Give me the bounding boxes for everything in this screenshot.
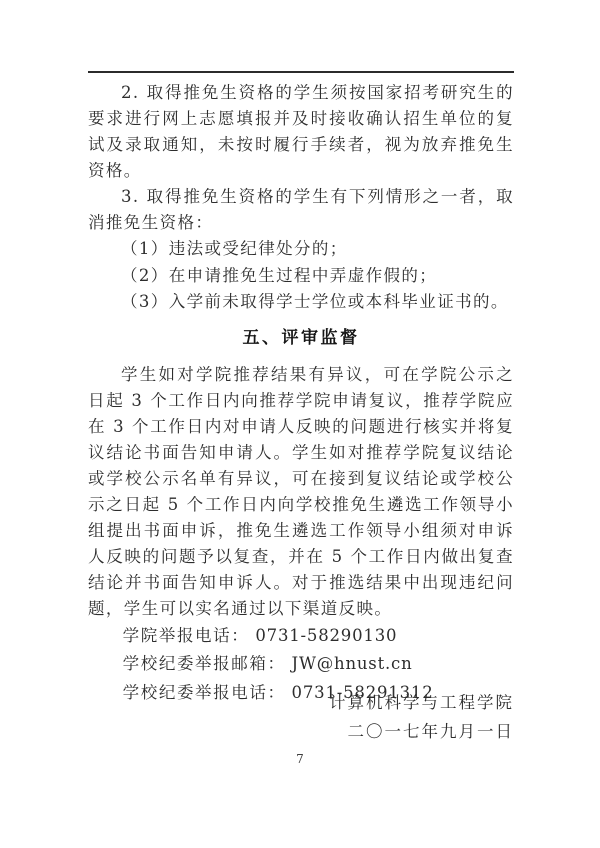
contact-line-discipline-email: 学校纪委举报邮箱：JW@hnust.cn — [123, 650, 514, 679]
college-report-phone: 0731-58290130 — [255, 626, 397, 645]
document-body: 2. 取得推免生资格的学生须按国家招考研究生的要求进行网上志愿填报并及时接收确认… — [88, 80, 514, 707]
revocation-condition-3: （3）入学前未取得学士学位或本科毕业证书的。 — [88, 289, 514, 316]
paragraph-supervision: 学生如对学院推荐结果有异议，可在学院公示之日起 3 个工作日内向推荐学院申请复议… — [88, 362, 514, 622]
paragraph-item-3: 3. 取得推免生资格的学生有下列情形之一者，取消推免生资格： — [88, 184, 514, 236]
header-divider — [88, 71, 514, 73]
contact-label: 学校纪委举报电话： — [123, 683, 286, 702]
contact-label: 学院举报电话： — [123, 626, 250, 645]
document-page: 2. 取得推免生资格的学生须按国家招考研究生的要求进行网上志愿填报并及时接收确认… — [0, 0, 600, 848]
signature-block: 计算机科学与工程学院 二〇一七年九月一日 — [329, 688, 514, 746]
revocation-condition-2: （2）在申请推免生过程中弄虚作假的； — [88, 263, 514, 290]
contact-label: 学校纪委举报邮箱： — [123, 654, 286, 673]
paragraph-item-2: 2. 取得推免生资格的学生须按国家招考研究生的要求进行网上志愿填报并及时接收确认… — [88, 80, 514, 184]
discipline-report-email: JW@hnust.cn — [292, 654, 413, 673]
section-heading-review-supervision: 五、评审监督 — [88, 325, 514, 351]
signature-organization: 计算机科学与工程学院 — [329, 688, 514, 717]
signature-date: 二〇一七年九月一日 — [329, 717, 514, 746]
revocation-condition-1: （1）违法或受纪律处分的； — [88, 236, 514, 263]
page-number: 7 — [0, 752, 600, 766]
contact-line-college-phone: 学院举报电话：0731-58290130 — [123, 622, 514, 651]
